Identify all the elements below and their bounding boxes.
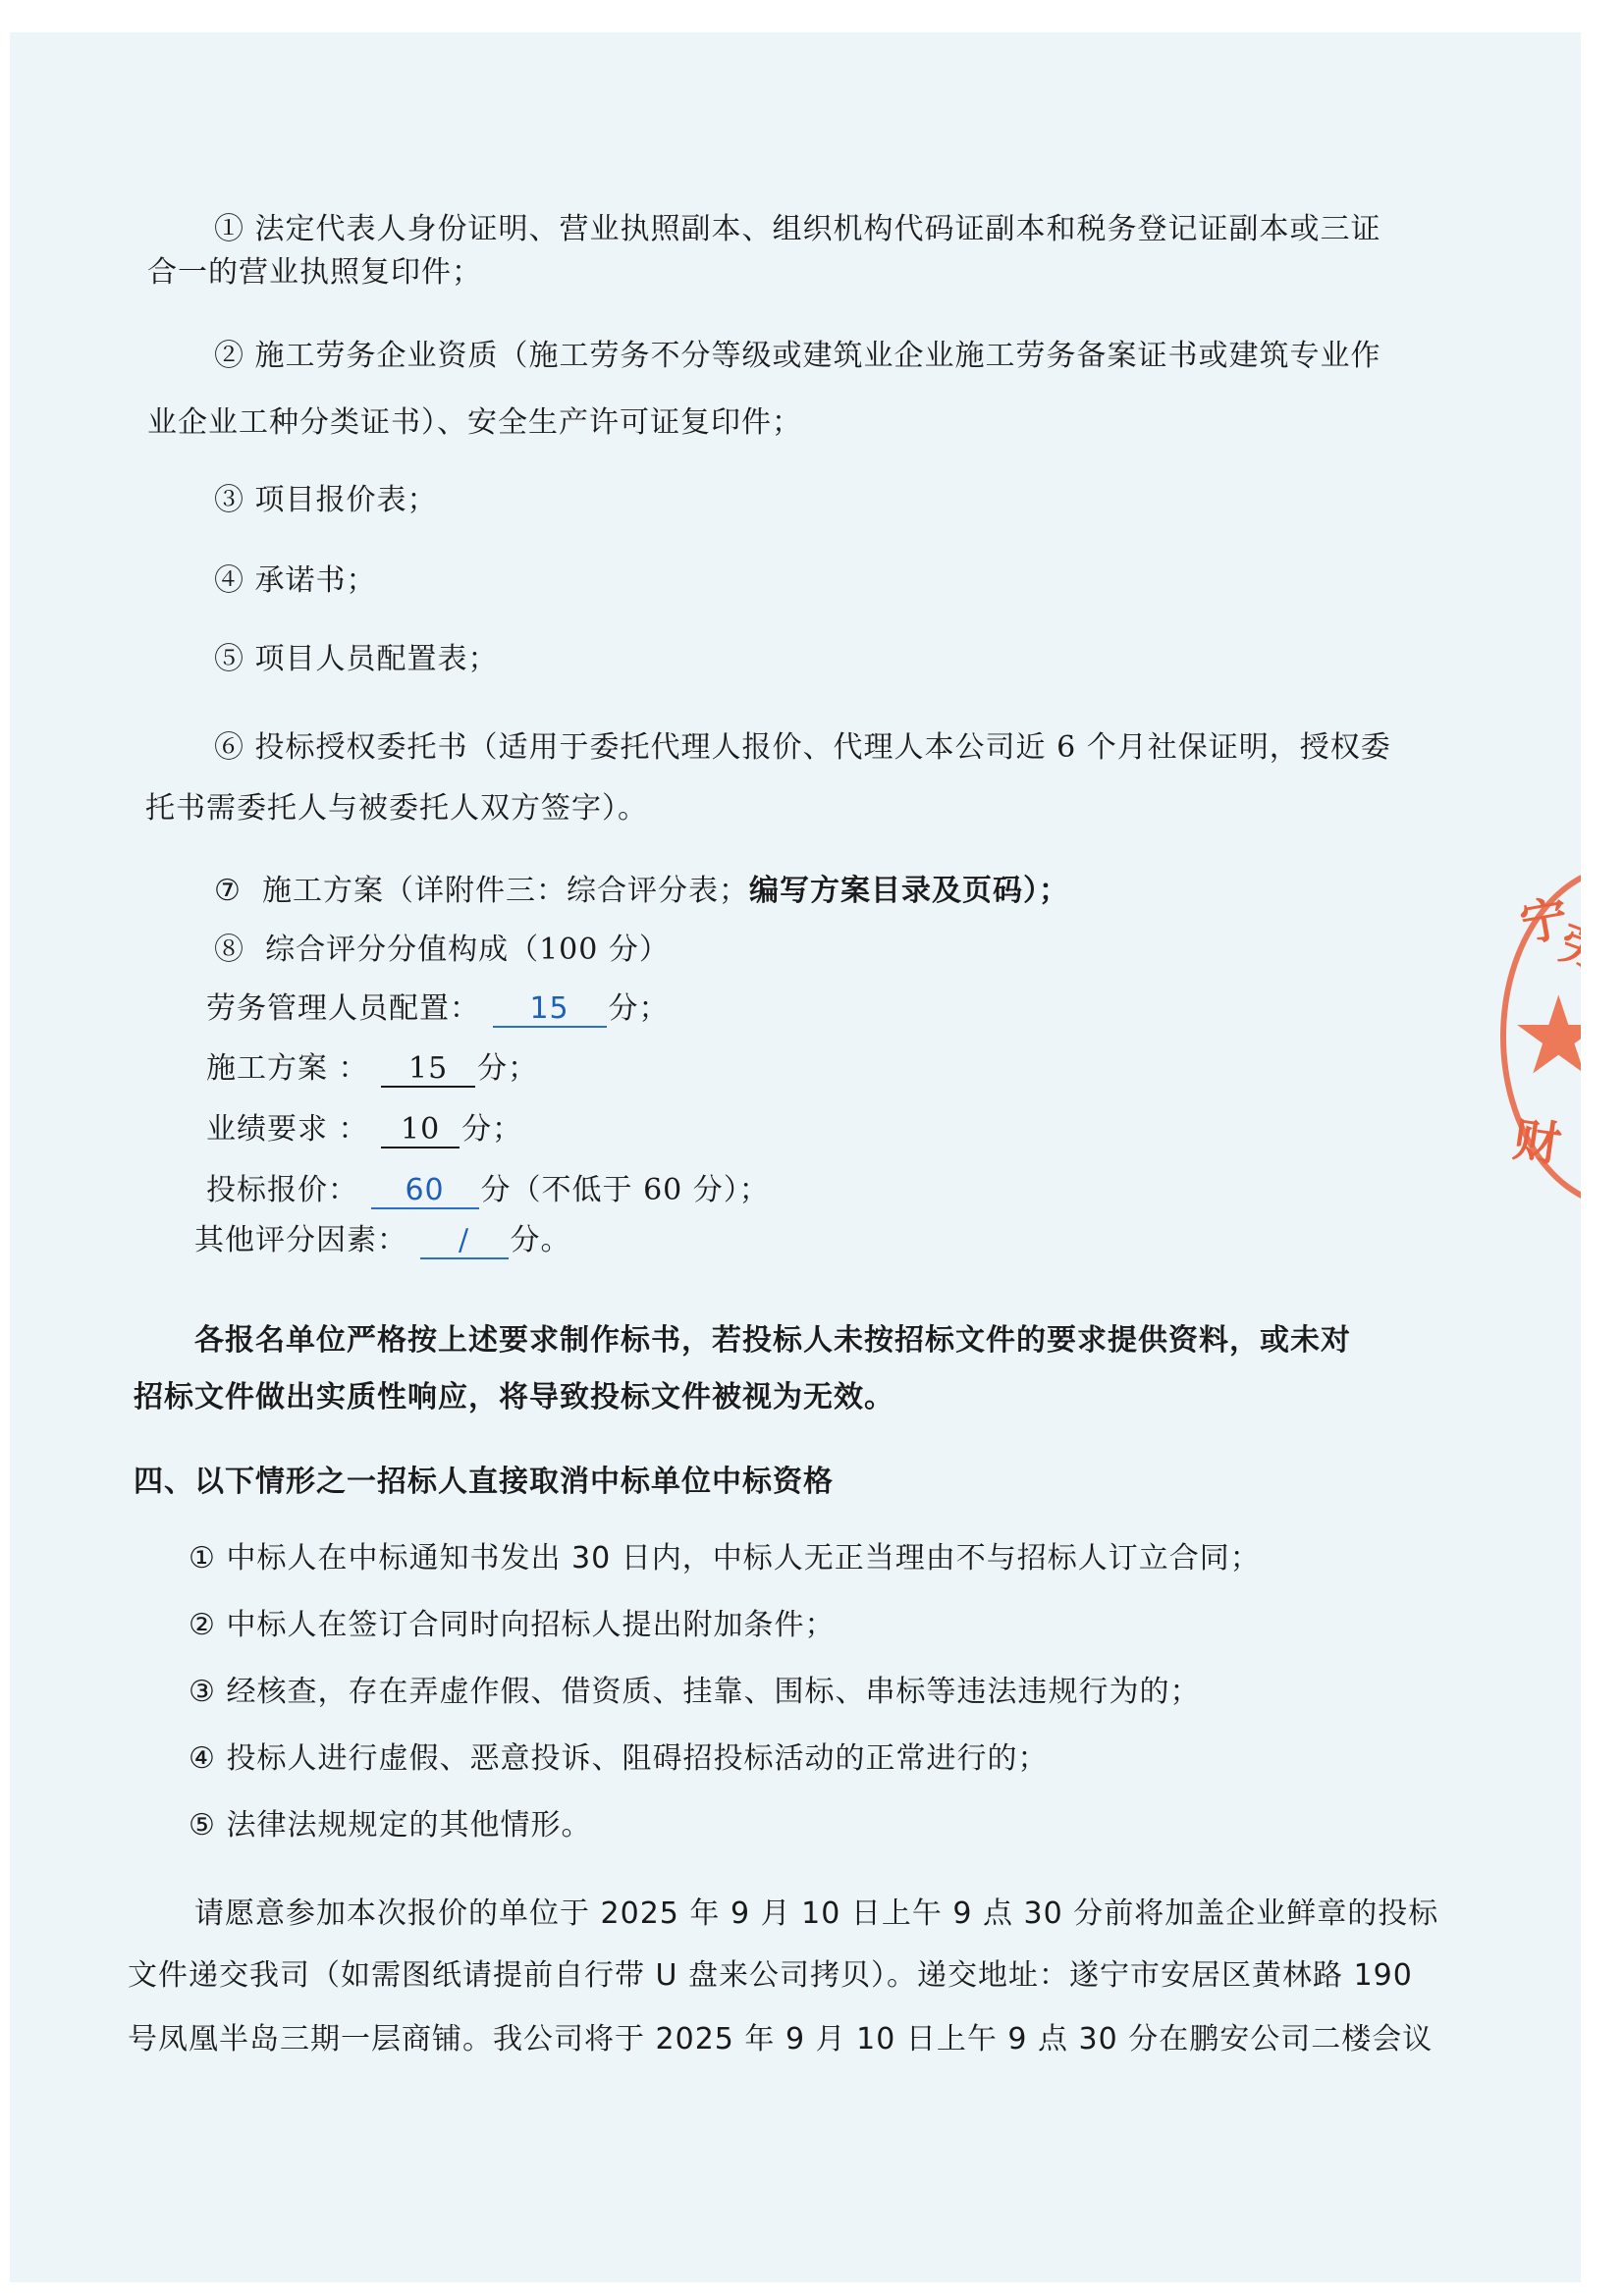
item-marker: ⑥ xyxy=(214,730,244,765)
requirement-item-1-cont: 合一的营业执照复印件； xyxy=(147,253,482,293)
item-text: 投标授权委托书（适用于委托代理人报价、代理人本公司近 6 个月社保证明，授权委 xyxy=(255,730,1391,765)
score-row-performance: 业绩要求 ： 10分； xyxy=(206,1110,522,1149)
seal-star-icon: ★ xyxy=(1510,982,1581,1090)
requirement-item-2-cont: 业企业工种分类证书）、安全生产许可证复印件； xyxy=(147,403,802,443)
score-unit: 分。 xyxy=(511,1223,571,1257)
score-row-other-factors: 其他评分因素： /分。 xyxy=(194,1221,571,1260)
item-marker: ④ xyxy=(214,563,244,598)
item-text: 法定代表人身份证明、营业执照副本、组织机构代码证副本和税务登记证副本或三证 xyxy=(255,212,1381,246)
score-label: 施工方案 ： xyxy=(206,1051,369,1086)
score-row-labor-management: 劳务管理人员配置： 15分； xyxy=(206,989,670,1029)
item-marker: ② xyxy=(189,1608,216,1642)
item-marker: ⑧ xyxy=(214,933,244,967)
requirement-item-1: ① 法定代表人身份证明、营业执照副本、组织机构代码证副本和税务登记证副本或三证 xyxy=(214,210,1381,249)
item-text: 施工方案（详附件三：综合评分表； xyxy=(262,874,749,908)
item-marker: ① xyxy=(189,1541,216,1575)
company-seal-stamp: 宁 劳 ★ 财 xyxy=(1473,834,1581,1227)
disqualify-item-2: ② 中标人在签订合同时向招标人提出附加条件； xyxy=(189,1606,835,1645)
item-marker: ⑤ xyxy=(189,1808,216,1842)
disqualify-item-4: ④ 投标人进行虚假、恶意投诉、阻碍招投标活动的正常进行的； xyxy=(189,1739,1048,1779)
score-label: 劳务管理人员配置： xyxy=(206,991,480,1026)
requirement-item-7: ⑦ 施工方案（详附件三：综合评分表；编写方案目录及页码）； xyxy=(214,872,1069,911)
score-value-field: 15 xyxy=(493,992,607,1028)
score-label: 业绩要求 ： xyxy=(206,1112,369,1147)
score-unit: 分（不低于 60 分）； xyxy=(481,1173,770,1207)
score-value-field: / xyxy=(420,1224,509,1259)
item-marker: ③ xyxy=(189,1675,216,1709)
score-label: 其他评分因素： xyxy=(194,1223,407,1257)
closing-paragraph-line-1: 请愿意参加本次报价的单位于 2025 年 9 月 10 日上午 9 点 30 分… xyxy=(194,1895,1438,1934)
requirement-item-5: ⑤ 项目人员配置表； xyxy=(214,640,499,679)
score-row-construction-plan: 施工方案 ： 15分； xyxy=(206,1049,538,1089)
item-marker: ④ xyxy=(189,1741,216,1776)
closing-paragraph-line-2: 文件递交我司（如需图纸请提前自行带 U 盘来公司拷贝）。递交地址：遂宁市安居区黄… xyxy=(128,1956,1413,1996)
score-unit: 分； xyxy=(609,991,670,1026)
score-value-field: 60 xyxy=(371,1174,479,1209)
item-text: 项目报价表； xyxy=(255,483,438,517)
score-unit: 分； xyxy=(461,1112,522,1147)
requirement-item-4: ④ 承诺书； xyxy=(214,561,377,601)
requirement-item-8: ⑧ 综合评分分值构成（100 分） xyxy=(214,931,670,970)
item-text: 投标人进行虚假、恶意投诉、阻碍招投标活动的正常进行的； xyxy=(226,1741,1048,1776)
item-text: 中标人在签订合同时向招标人提出附加条件； xyxy=(226,1608,835,1642)
item-text: 经核查，存在弄虚作假、借资质、挂靠、围标、串标等违法违规行为的； xyxy=(226,1675,1200,1709)
item-text: 项目人员配置表； xyxy=(255,642,499,676)
item-text: 综合评分分值构成（100 分） xyxy=(265,933,670,967)
item-text: 中标人在中标通知书发出 30 日内，中标人无正当理由不与招标人订立合同； xyxy=(226,1541,1260,1575)
score-unit: 分； xyxy=(477,1051,538,1086)
score-row-bid-price: 投标报价： 60分（不低于 60 分）； xyxy=(206,1171,770,1210)
requirement-item-2: ② 施工劳务企业资质（施工劳务不分等级或建筑业企业施工劳务备案证书或建筑专业作 xyxy=(214,337,1381,376)
item-text: 承诺书； xyxy=(255,563,377,598)
closing-paragraph-line-3: 号凤凰半岛三期一层商铺。我公司将于 2025 年 9 月 10 日上午 9 点 … xyxy=(128,2020,1433,2059)
requirement-item-3: ③ 项目报价表； xyxy=(214,481,438,520)
requirement-item-6-cont: 托书需委托人与被委托人双方签字）。 xyxy=(145,789,648,828)
score-value-field: 10 xyxy=(381,1113,460,1148)
item-marker: ① xyxy=(214,212,244,246)
item-marker: ⑤ xyxy=(214,642,244,676)
item-marker: ⑦ xyxy=(214,874,242,908)
seal-char: 财 xyxy=(1509,1101,1565,1175)
item-text-bold: 编写方案目录及页码）； xyxy=(749,874,1069,908)
warning-paragraph-line-1: 各报名单位严格按上述要求制作标书，若投标人未按招标文件的要求提供资料，或未对 xyxy=(194,1321,1351,1361)
item-marker: ③ xyxy=(214,483,244,517)
score-value-field: 15 xyxy=(381,1052,475,1088)
item-marker: ② xyxy=(214,339,244,373)
disqualify-item-1: ① 中标人在中标通知书发出 30 日内，中标人无正当理由不与招标人订立合同； xyxy=(189,1539,1261,1578)
disqualify-item-5: ⑤ 法律法规规定的其他情形。 xyxy=(189,1806,591,1845)
section-four-heading: 四、以下情形之一招标人直接取消中标单位中标资格 xyxy=(134,1463,834,1502)
item-text: 施工劳务企业资质（施工劳务不分等级或建筑业企业施工劳务备案证书或建筑专业作 xyxy=(255,339,1381,373)
requirement-item-6: ⑥ 投标授权委托书（适用于委托代理人报价、代理人本公司近 6 个月社保证明，授权… xyxy=(214,728,1391,768)
warning-paragraph-line-2: 招标文件做出实质性响应，将导致投标文件被视为无效。 xyxy=(134,1378,894,1417)
item-text: 法律法规规定的其他情形。 xyxy=(226,1808,591,1842)
disqualify-item-3: ③ 经核查，存在弄虚作假、借资质、挂靠、围标、串标等违法违规行为的； xyxy=(189,1673,1200,1712)
score-label: 投标报价： xyxy=(206,1173,358,1207)
